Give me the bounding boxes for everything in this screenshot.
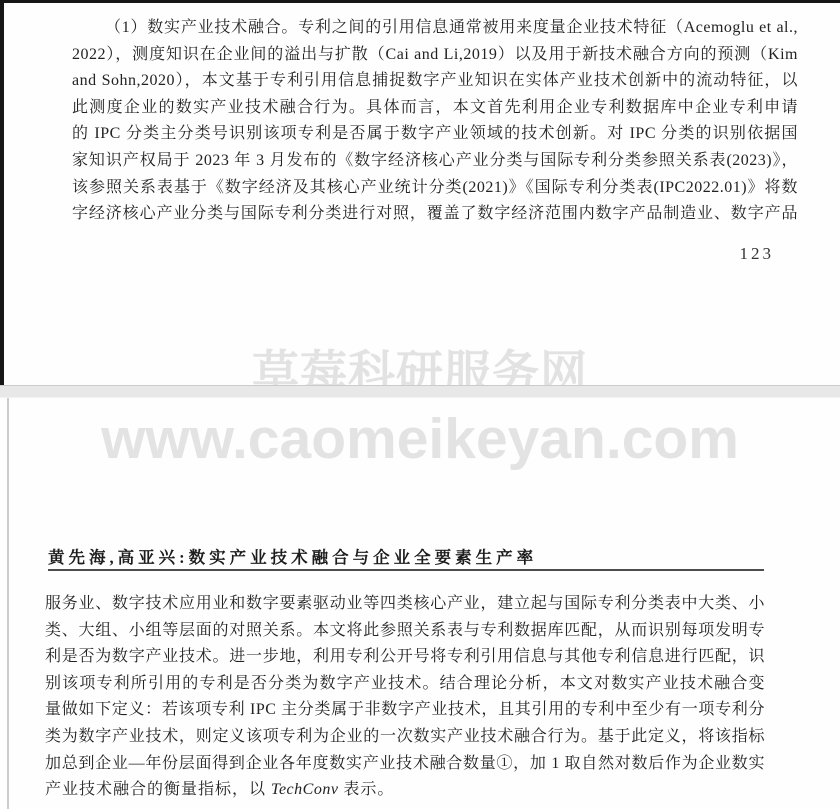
page-edge-line bbox=[7, 398, 9, 809]
paragraph-method-bottom: 服务业、数字技术应用业和数字要素驱动业等四类核心产业，建立起与国际专利分类表中大… bbox=[45, 591, 765, 804]
closing-line: 产业技术融合的衡量指标，以 TechConv 表示。 bbox=[45, 777, 765, 804]
text-line: 此测度企业的数实产业技术融合行为。具体而言，本文首先利用企业专利数据库中企业专利… bbox=[72, 95, 798, 122]
page-fragment-top: （1）数实产业技术融合。专利之间的引用信息通常被用来度量企业技术特征（Acemo… bbox=[0, 0, 840, 385]
page-fragment-bottom: 黄先海,高亚兴:数实产业技术融合与企业全要素生产率 服务业、数字技术应用业和数字… bbox=[0, 398, 840, 809]
text-line: 2022），测度知识在企业间的溢出与扩散（Cai and Li,2019）以及用… bbox=[72, 42, 798, 69]
text-line: （1）数实产业技术融合。专利之间的引用信息通常被用来度量企业技术特征（Acemo… bbox=[72, 15, 798, 42]
text-line: 的 IPC 分类主分类号识别该项专利是否属于数字产业领域的技术创新。对 IPC … bbox=[72, 121, 798, 148]
variable-name-techconv: TechConv bbox=[271, 781, 338, 798]
text-line: 字经济核心产业分类与国际专利分类进行对照，覆盖了数字经济范围内数字产品制造业、数… bbox=[72, 201, 798, 228]
running-head-rule bbox=[48, 569, 764, 571]
running-head: 黄先海,高亚兴:数实产业技术融合与企业全要素生产率 bbox=[48, 544, 537, 568]
paragraph-method-top: （1）数实产业技术融合。专利之间的引用信息通常被用来度量企业技术特征（Acemo… bbox=[72, 15, 798, 228]
text-line: 类为数字产业技术，则定义该项专利为企业的一次数实产业技术融合行为。基于此定义，将… bbox=[45, 724, 765, 751]
text-line: 量做如下定义：若该项专利 IPC 主分类属于非数字产业技术，且其引用的专利中至少… bbox=[45, 697, 765, 724]
text-line: 类、大组、小组等层面的对照关系。本文将此参照关系表与专利数据库匹配，从而识别每项… bbox=[45, 618, 765, 645]
text-line: 服务业、数字技术应用业和数字要素驱动业等四类核心产业，建立起与国际专利分类表中大… bbox=[45, 591, 765, 618]
justified-lines: 服务业、数字技术应用业和数字要素驱动业等四类核心产业，建立起与国际专利分类表中大… bbox=[45, 591, 765, 777]
text-line: 该参照关系表基于《数字经济及其核心产业统计分类(2021)》《国际专利分类表(I… bbox=[72, 175, 798, 202]
text-line: and Sohn,2020），本文基于专利引用信息捕捉数字产业知识在实体产业技术… bbox=[72, 68, 798, 95]
text-line: 别该项专利所引用的专利是否分类为数字产业技术。结合理论分析，本文对数实产业技术融… bbox=[45, 671, 765, 698]
text-line: 加总到企业—年份层面得到企业各年度数实产业技术融合数量①，加 1 取自然对数后作… bbox=[45, 751, 765, 778]
closing-line-suffix: 表示。 bbox=[338, 781, 394, 798]
page-separator-band bbox=[0, 385, 840, 398]
text-line: 家知识产权局于 2023 年 3 月发布的《数字经济核心产业分类与国际专利分类参… bbox=[72, 148, 798, 175]
document-viewer: （1）数实产业技术融合。专利之间的引用信息通常被用来度量企业技术特征（Acemo… bbox=[0, 0, 840, 809]
page-number: 123 bbox=[740, 244, 775, 264]
text-line: 利是否为数字产业技术。进一步地，利用专利公开号将专利引用信息与其他专利信息进行匹… bbox=[45, 644, 765, 671]
closing-line-prefix: 产业技术融合的衡量指标，以 bbox=[45, 781, 271, 798]
